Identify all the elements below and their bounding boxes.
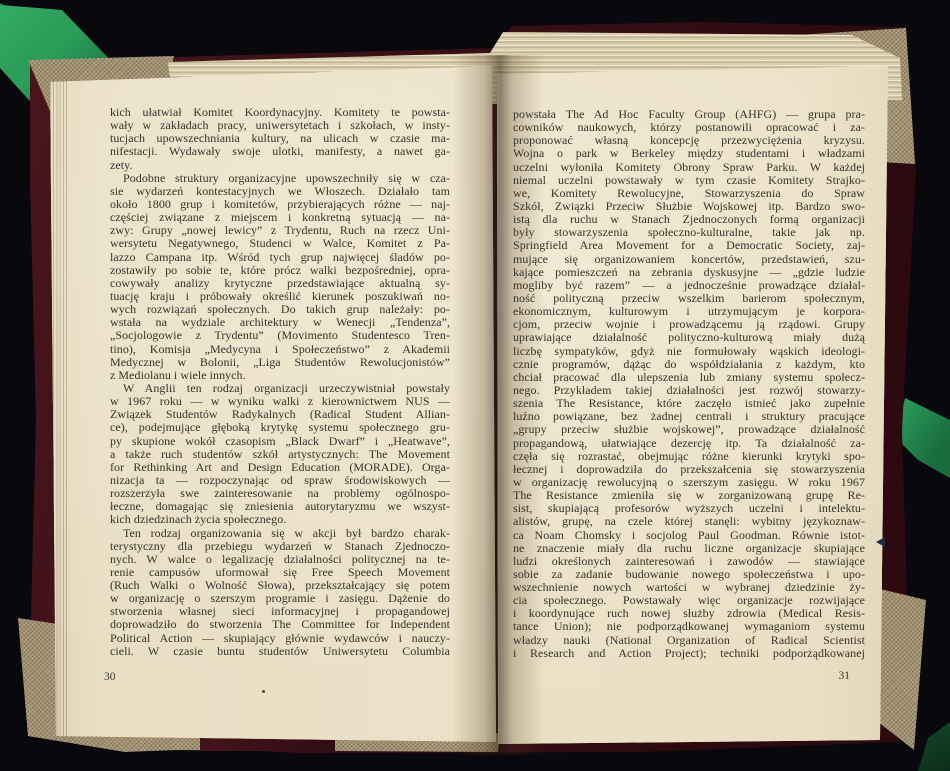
text-line: istą dla ruchu w Stanach Zjednoczonych f… <box>513 213 865 226</box>
text-line: tance Union); nie podporządkowanej wymag… <box>513 620 865 633</box>
text-line: Związek Studentów Radykalnych (Radical S… <box>110 408 450 421</box>
text-line: i koordynujące ruch nowej służby zdrowia… <box>513 607 865 620</box>
right-page-text: powstała The Ad Hoc Faculty Group (AHFG)… <box>513 108 865 660</box>
text-line: tuację kraju i próbowały określić kierun… <box>110 290 450 303</box>
text-line: cjom, przeciw wojnie i prowadzącemu ją r… <box>513 318 865 331</box>
text-line: chciał pracować dla ulepszenia lub zmian… <box>513 371 865 384</box>
text-line: kające pomieszczeń na zebrania dyskusyjn… <box>513 266 865 279</box>
text-line: wersytetu Negatywnego, Studenci w Walce,… <box>110 237 450 250</box>
text-line: zwy: Grupy „nowej lewicy” z Trydentu, Ru… <box>110 224 450 237</box>
text-line: wstała na wydziale architektury w Wenecj… <box>110 316 450 329</box>
text-line: sist, skupiającą profesorów wyższych ucz… <box>513 502 865 515</box>
text-line: ce), podejmujące głęboką krytykę systemu… <box>110 421 450 434</box>
text-line: władzy nauki (National Organization of R… <box>513 634 865 647</box>
text-line: renie campusów uformował się Free Speech… <box>110 566 450 579</box>
text-line: mujące się organizowaniem koncertów, prz… <box>513 253 865 266</box>
text-line: alistów, grupę, na czele której stanęli:… <box>513 515 865 528</box>
text-line: w 1967 roku — w wyniku walki z kierownic… <box>110 395 450 408</box>
text-line: ludzi określonych zainteresowań i zawodó… <box>513 555 865 568</box>
text-line: kich dziedzinach życia społecznego. <box>110 513 450 526</box>
text-line: doprowadziło do stworzenia The Committee… <box>110 618 450 631</box>
text-line: cieli. W czasie buntu studentów Uniwersy… <box>110 645 450 658</box>
text-line: „grupy przeciw służbie wojskowej”, prowa… <box>513 423 865 436</box>
text-line: nych. W walce o legalizację działalności… <box>110 553 450 566</box>
text-line: Medycznej w Bolonii, „Liga Studentów Rew… <box>110 356 450 369</box>
text-line: łeczne, domagając się zniesienia autoryt… <box>110 500 450 513</box>
text-line: wszechnienie nowych wartości w wybranej … <box>513 581 865 594</box>
left-page-text: kich ułatwiał Komitet Koordynacyjny. Kom… <box>110 106 450 658</box>
text-line: The Resistance zmieniła się w zorganizow… <box>513 489 865 502</box>
text-line: uprawiające działalność polityczno-kultu… <box>513 331 865 344</box>
text-line: szenia The Resistance, które zaczęło ist… <box>513 397 865 410</box>
text-line: we, Komitety Rewolucyjne, Stowarzyszenia… <box>513 187 865 200</box>
text-line: kich ułatwiał Komitet Koordynacyjny. Kom… <box>110 106 450 119</box>
text-line: zostawiły po sobie te, które prócz walki… <box>110 264 450 277</box>
text-line: ekonomicznym, kulturowym i utrzymującym … <box>513 305 865 318</box>
text-line: stworzenia własnej sieci informacyjnej i… <box>110 605 450 618</box>
text-line: Podobne struktury organizacyjne upowszec… <box>110 172 450 185</box>
dust-speck <box>262 690 265 693</box>
book-photo-scene: kich ułatwiał Komitet Koordynacyjny. Kom… <box>0 0 950 771</box>
text-line: Wojna o park w Berkeley między studentam… <box>513 147 865 160</box>
text-line: luźno powiązane, bez żadnej centrali i s… <box>513 410 865 423</box>
text-line: lazzo Campana itp. Wśród tych grup najwi… <box>110 251 450 264</box>
text-line: powstała The Ad Hoc Faculty Group (AHFG)… <box>513 108 865 121</box>
text-line: nifestacji. Wydawały swoje ulotki, manif… <box>110 145 450 158</box>
text-line: mogliby być razem” — a jednocześnie prow… <box>513 279 865 292</box>
text-line: ca Noam Chomsky i socjolog Paul Goodman.… <box>513 529 865 542</box>
text-line: Springfield Area Movement for a Democrat… <box>513 239 865 252</box>
text-line: niemal uczelni powstawały w tym czasie K… <box>513 174 865 187</box>
text-line: a także ruch studentów szkół artystyczny… <box>110 448 450 461</box>
text-line: łecznej i doprowadziła do przekszałcenia… <box>513 463 865 476</box>
text-line: i Research and Action Project); techniki… <box>513 647 865 660</box>
text-line: terystyczny dla przebiegu wydarzeń w Sta… <box>110 540 450 553</box>
text-line: nizacja ta — rozpoczynając od spraw środ… <box>110 474 450 487</box>
text-line: były stowarzyszenia społeczno-kulturalne… <box>513 226 865 239</box>
text-line: ność polityczną przeciw wszelkim bariero… <box>513 292 865 305</box>
text-line: W Anglii ten rodzaj organizacji urzeczyw… <box>110 382 450 395</box>
text-line: sobie za zadanie budowanie nowego społec… <box>513 568 865 581</box>
text-line: for Rethinking Art and Design Education … <box>110 461 450 474</box>
text-line: liczbę sympatyków, gdyż nie formułowały … <box>513 345 865 358</box>
text-line: Ten rodzaj organizowania się w akcji był… <box>110 527 450 540</box>
text-line: częła się rozrastać, obejmując różne kie… <box>513 450 865 463</box>
page-edge-marker <box>876 537 885 547</box>
text-line: py skupione wokół czasopism „Black Dwarf… <box>110 435 450 448</box>
text-line: częściej związane z miejscem i konkretną… <box>110 211 450 224</box>
text-line: tino), Komisja „Medycyna i Społeczeństwo… <box>110 343 450 356</box>
page-number-left: 30 <box>104 671 116 683</box>
text-line: wych rozwiązań społecznych. Do takich gr… <box>110 303 450 316</box>
text-line: w organizację o szerszym programie i zas… <box>110 592 450 605</box>
text-line: cowywały analizy krytyczne przedstawiają… <box>110 277 450 290</box>
text-line: nego. Przykładem takiej działalności jes… <box>513 384 865 397</box>
text-line: zety. <box>110 159 450 172</box>
green-object-fragment-bottom-right <box>918 718 950 771</box>
text-line: wały w zakładach pracy, uniwersytetach i… <box>110 119 450 132</box>
text-line: z Mediolanu i wiele innych. <box>110 369 450 382</box>
page-number-right: 31 <box>828 670 850 682</box>
text-line: w organizację rewolucyjną o szerszym zas… <box>513 476 865 489</box>
text-line: cznie programów, dążąc do współdziałania… <box>513 358 865 371</box>
text-line: cowników naukowych, którzy postanowili o… <box>513 121 865 134</box>
text-line: ne znaczenie miały dla ruchu liczne orga… <box>513 542 865 555</box>
text-line: rozszerzyła swe zainteresowanie na probl… <box>110 487 450 500</box>
text-line: uczelni wyłoniła Komitety Obrony Spraw P… <box>513 161 865 174</box>
text-line: około 1800 grup i komitetów, przybierają… <box>110 198 450 211</box>
text-line: cia społecznego. Powstawały więc organiz… <box>513 594 865 607</box>
text-line: tucjach upowszechniania kultury, na ulic… <box>110 132 450 145</box>
text-line: proponować własną koncepcję przezwycięże… <box>513 134 865 147</box>
text-line: propagandową, ułatwiające dezercję itp. … <box>513 437 865 450</box>
text-line: (Ruch Walki o Wolność Słowa), przekształ… <box>110 579 450 592</box>
text-line: „Socjologowie z Trydentu” (Movimento Stu… <box>110 329 450 342</box>
text-line: Political Action — skupiający głównie wy… <box>110 632 450 645</box>
text-line: Szkół, Związki Przeciw Służbie Wojskowej… <box>513 200 865 213</box>
text-line: sie wydarzeń kontestacyjnych we Włoszech… <box>110 185 450 198</box>
